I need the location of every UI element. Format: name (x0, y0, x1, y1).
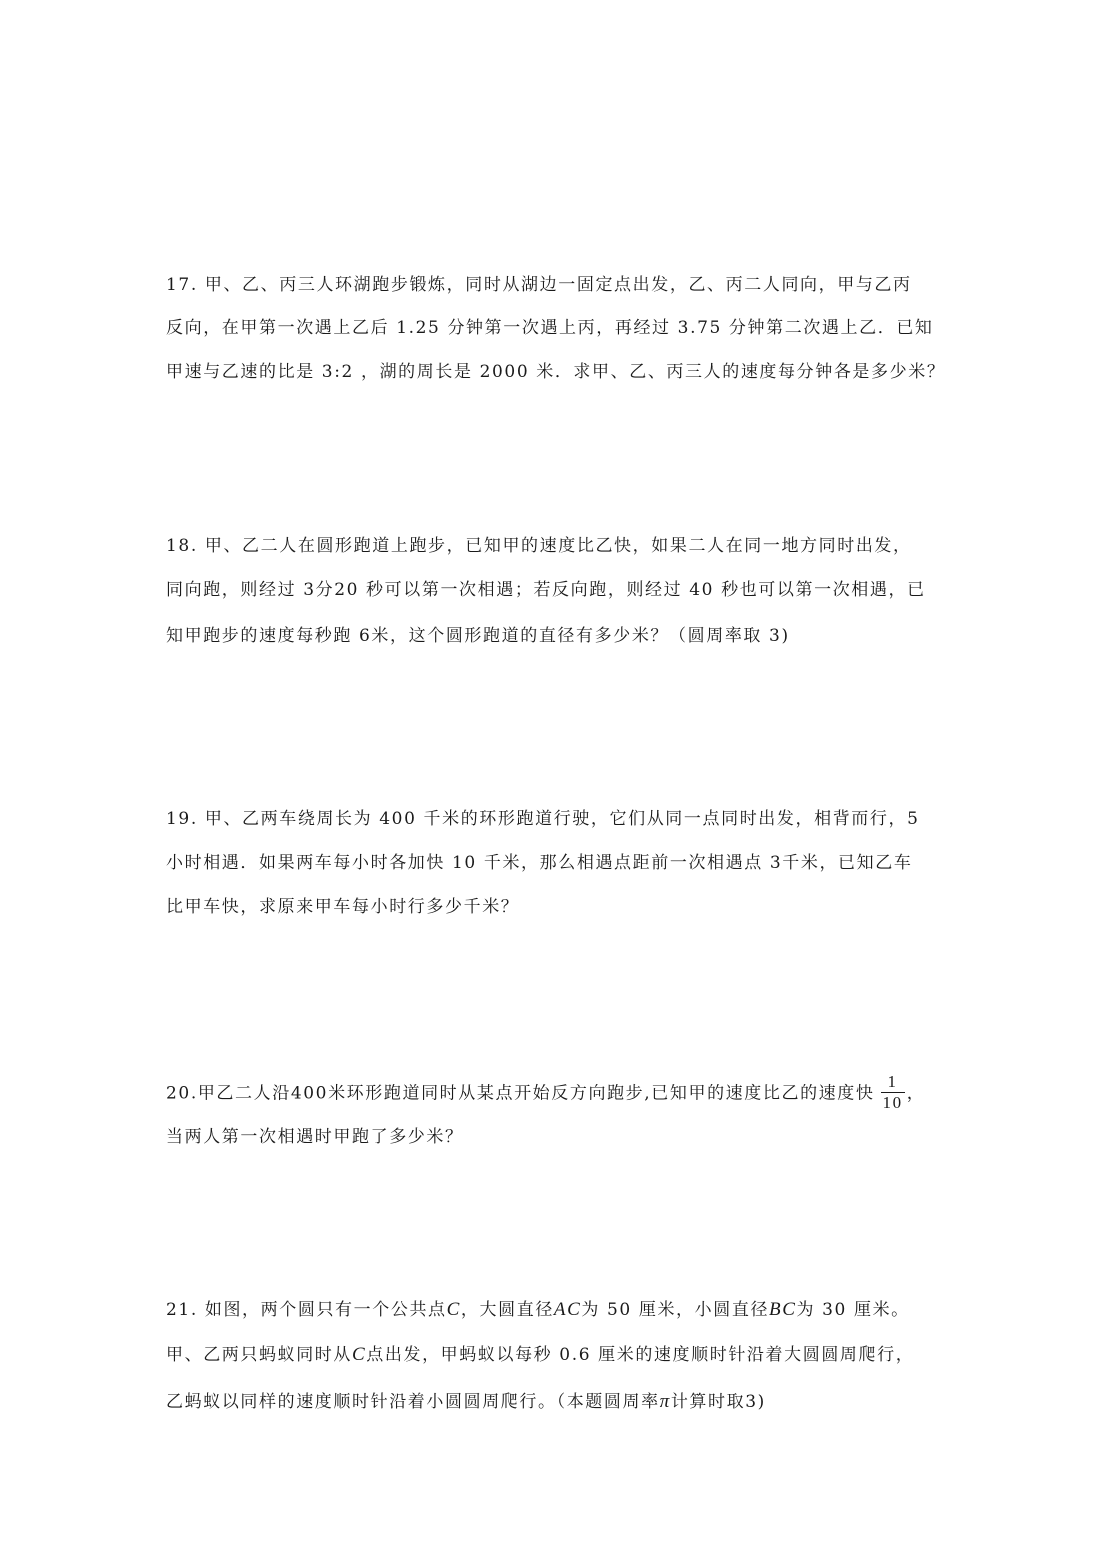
problem-19-line-1: 19. 甲、乙两车绕周长为 400 千米的环形跑道行驶，它们从同一点同时出发，相… (166, 808, 920, 830)
problem-19-line-3: 比甲车快，求原来甲车每小时行多少千米？ (166, 896, 519, 918)
problem-21-text-f: 点出发，甲蚂蚁以每秒 0.6 厘米的速度顺时针沿着大圆圆周爬行， (366, 1345, 914, 1365)
fraction-denominator: 10 (881, 1093, 905, 1113)
problem-17-line-1: 17. 甲、乙、丙三人环湖跑步锻炼，同时从湖边一固定点出发，乙、丙二人同向，甲与… (166, 274, 912, 296)
point-c-label: C (447, 1299, 461, 1320)
segment-ac-label: AC (554, 1299, 581, 1320)
problem-19-line-2: 小时相遇．如果两车每小时各加快 10 千米，那么相遇点距前一次相遇点 3千米，已… (166, 852, 912, 874)
problem-21-text-a: 21. 如图，两个圆只有一个公共点 (166, 1300, 447, 1320)
problem-21-text-c: 为 50 厘米，小圆直径 (581, 1300, 769, 1320)
problem-20-line-1: 20.甲乙二人沿400米环形跑道同时从某点开始反方向跑步,已知甲的速度比乙的速度… (166, 1073, 925, 1119)
fraction-one-tenth: 110 (881, 1072, 905, 1113)
problem-21-text-g: 乙蚂蚁以同样的速度顺时针沿着小圆圆周爬行。（本题圆周率 (166, 1392, 660, 1412)
worksheet-page: 17. 甲、乙、丙三人环湖跑步锻炼，同时从湖边一固定点出发，乙、丙二人同向，甲与… (0, 0, 1102, 1559)
point-c-label: C (352, 1344, 366, 1365)
problem-20-line-2: 当两人第一次相遇时甲跑了多少米？ (166, 1126, 464, 1148)
problem-18-line-1: 18. 甲、乙二人在圆形跑道上跑步，已知甲的速度比乙快，如果二人在同一地方同时出… (166, 535, 912, 557)
problem-21-text-d: 为 30 厘米。 (797, 1300, 910, 1320)
problem-21-line-2: 甲、乙两只蚂蚁同时从C点出发，甲蚂蚁以每秒 0.6 厘米的速度顺时针沿着大圆圆周… (166, 1344, 914, 1366)
problem-18-line-3: 知甲跑步的速度每秒跑 6米，这个圆形跑道的直径有多少米？（圆周率取 3) (166, 625, 790, 647)
problem-18-line-2: 同向跑，则经过 3分20 秒可以第一次相遇；若反向跑，则经过 40 秒也可以第一… (166, 579, 926, 601)
problem-20-text: 20.甲乙二人沿400米环形跑道同时从某点开始反方向跑步,已知甲的速度比乙的速度… (166, 1084, 875, 1104)
problem-21-text-h: 计算时取3) (671, 1392, 766, 1412)
problem-21-line-3: 乙蚂蚁以同样的速度顺时针沿着小圆圆周爬行。（本题圆周率π计算时取3) (166, 1391, 766, 1413)
segment-bc-label: BC (769, 1299, 796, 1320)
pi-symbol: π (660, 1391, 671, 1412)
problem-17-line-3: 甲速与乙速的比是 3:2 ，湖的周长是 2000 米．求甲、乙、丙三人的速度每分… (166, 361, 945, 383)
problem-21-text-e: 甲、乙两只蚂蚁同时从 (166, 1345, 352, 1365)
problem-21-line-1: 21. 如图，两个圆只有一个公共点C，大圆直径AC为 50 厘米，小圆直径BC为… (166, 1299, 910, 1321)
problem-21-text-b: ，大圆直径 (461, 1300, 554, 1320)
fraction-numerator: 1 (881, 1072, 905, 1093)
problem-17-line-2: 反向，在甲第一次遇上乙后 1.25 分钟第一次遇上丙，再经过 3.75 分钟第二… (166, 317, 934, 339)
problem-20-comma: ， (907, 1084, 926, 1104)
